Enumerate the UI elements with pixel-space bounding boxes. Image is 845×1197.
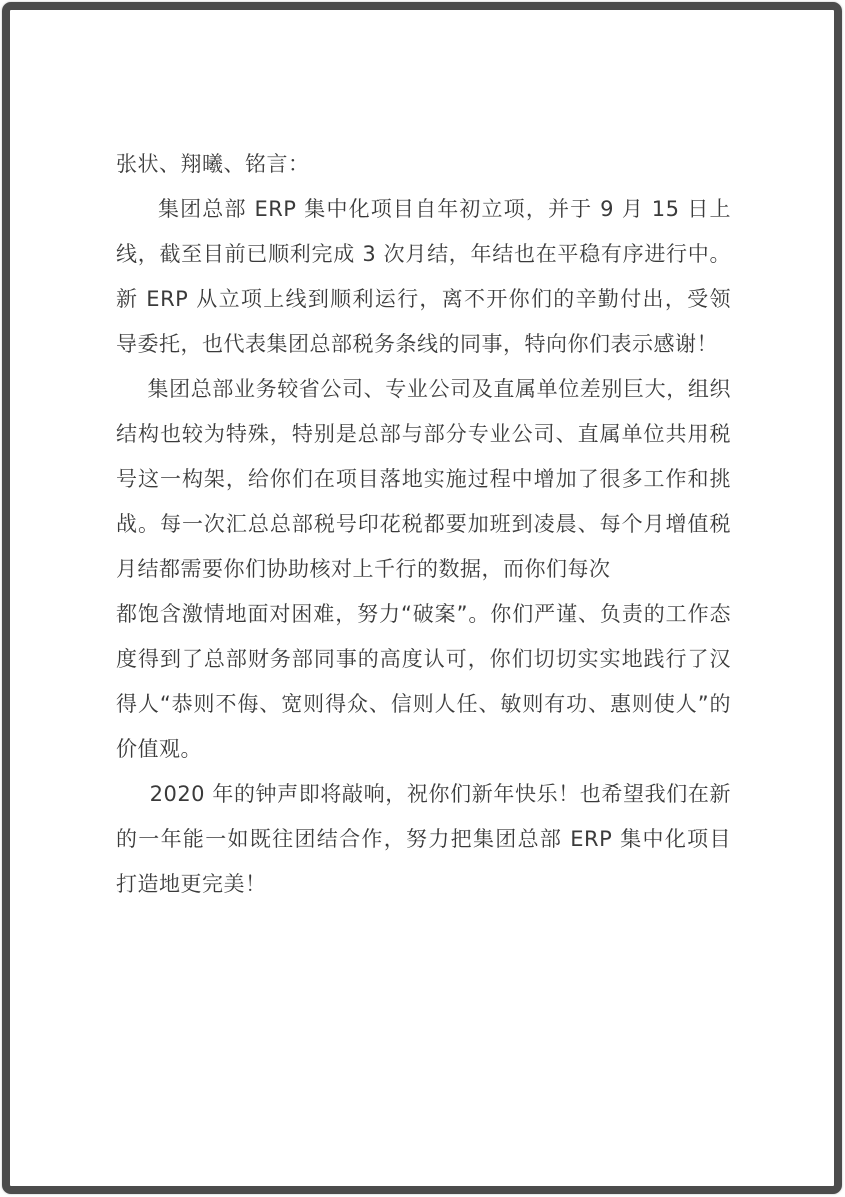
- paragraph-3: 都饱含激情地面对困难，努力“破案”。你们严谨、负责的工作态度得到了总部财务部同事…: [116, 592, 731, 772]
- paragraph-2: 集团总部业务较省公司、专业公司及直属单位差别巨大，组织结构也较为特殊，特别是总部…: [116, 367, 731, 592]
- letter-body: 张状、翔曦、铭言： 集团总部 ERP 集中化项目自年初立项，并于 9 月 15 …: [10, 10, 834, 907]
- salutation-line: 张状、翔曦、铭言：: [116, 142, 731, 187]
- paragraph-4: 2020 年的钟声即将敲响，祝你们新年快乐！也希望我们在新的一年能一如既往团结合…: [116, 772, 731, 907]
- document-page: 张状、翔曦、铭言： 集团总部 ERP 集中化项目自年初立项，并于 9 月 15 …: [2, 2, 842, 1194]
- paragraph-1: 集团总部 ERP 集中化项目自年初立项，并于 9 月 15 日上线，截至目前已顺…: [116, 187, 731, 367]
